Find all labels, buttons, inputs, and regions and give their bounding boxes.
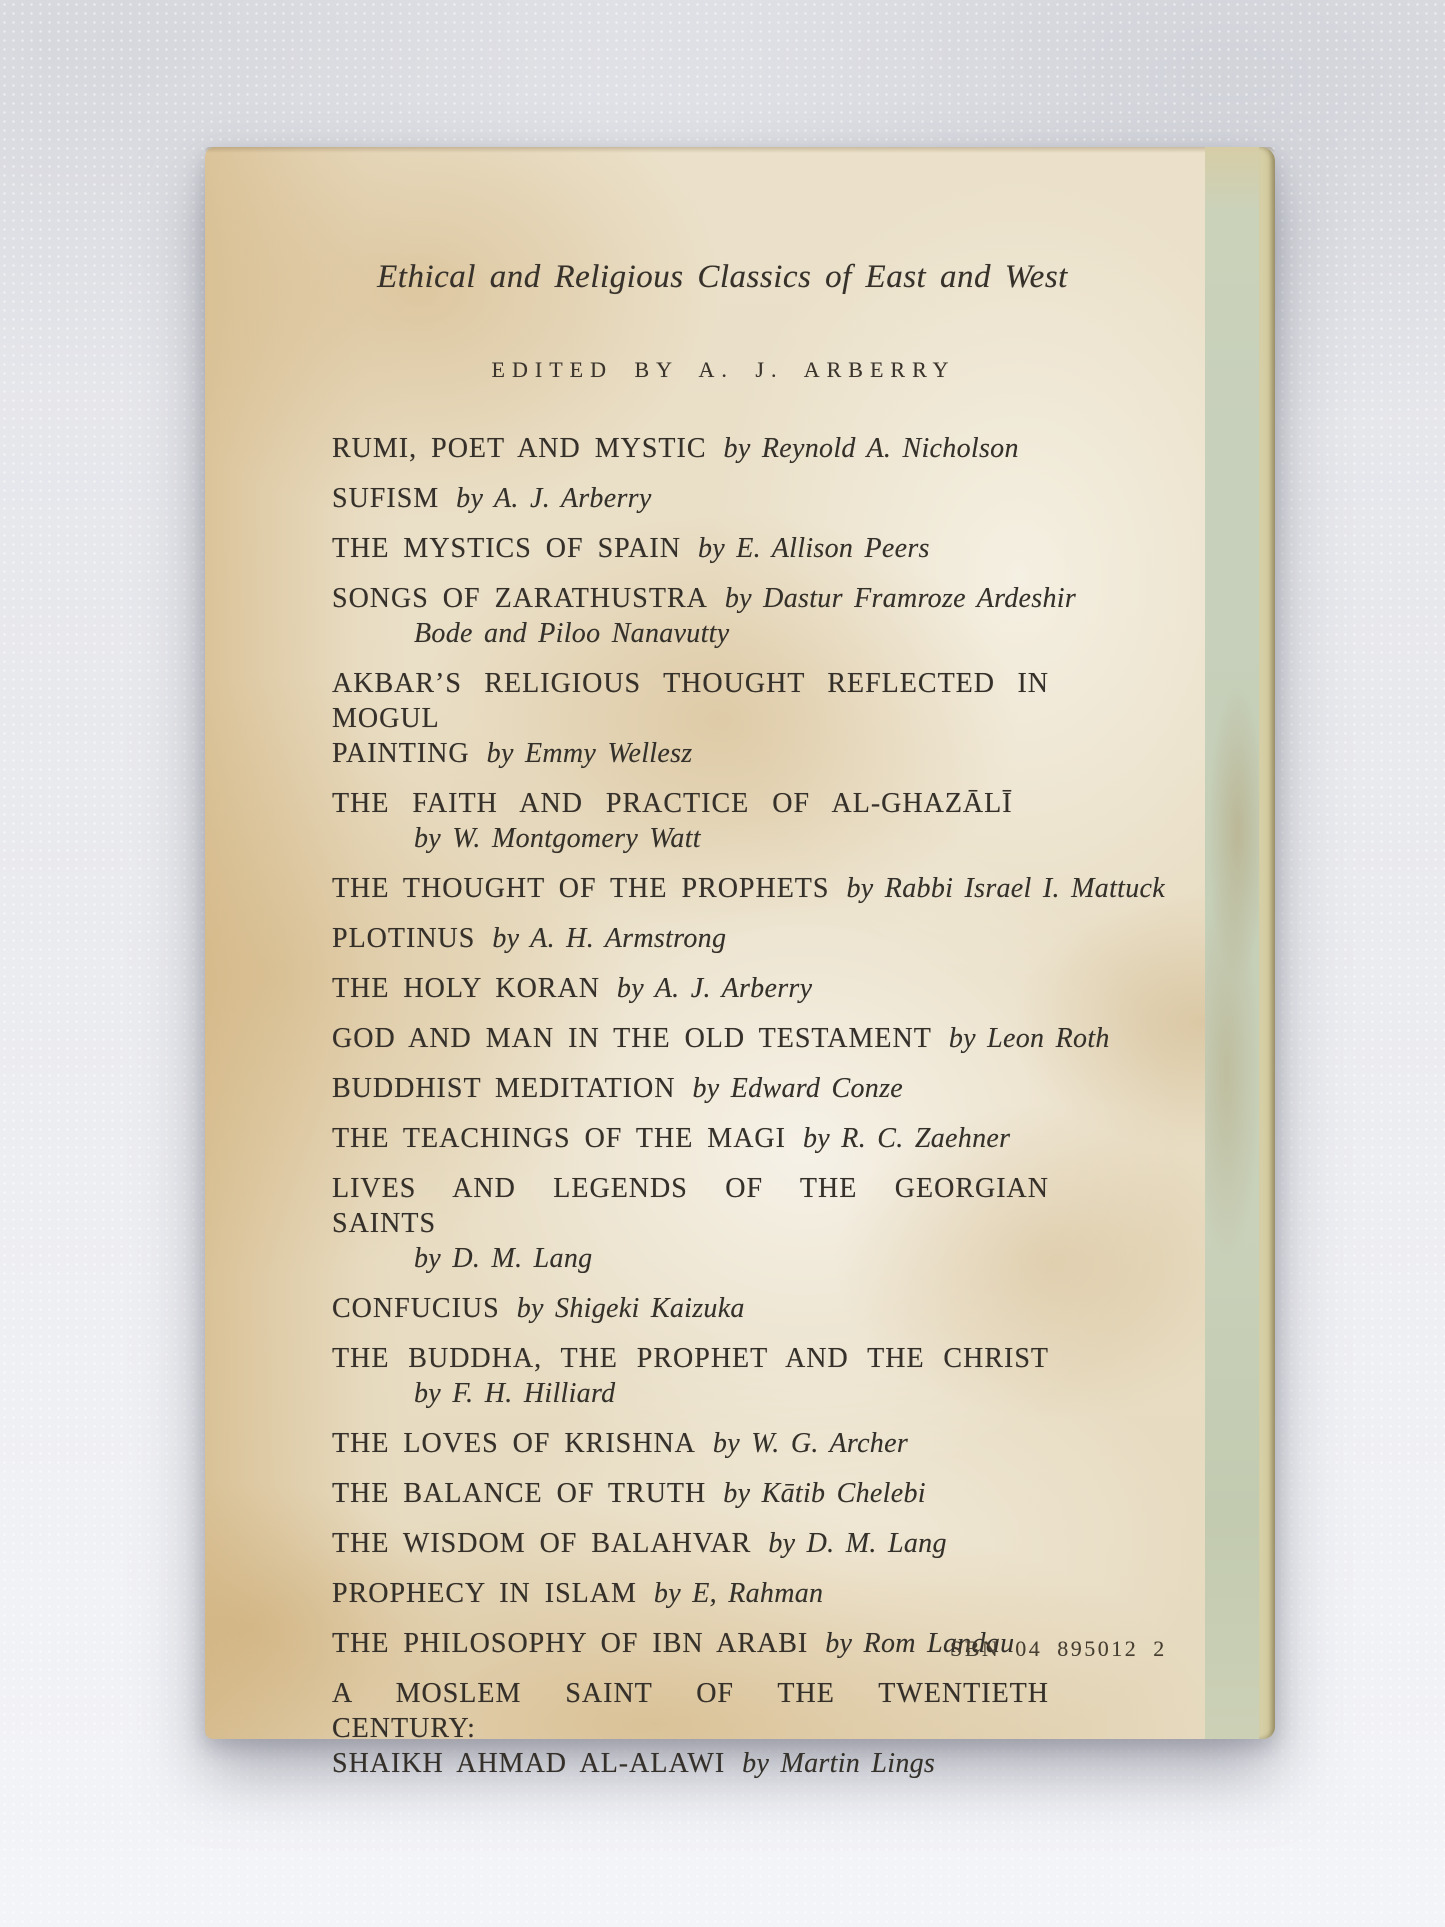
book-title-text: A MOSLEM SAINT OF THE TWENTIETH CENTURY: bbox=[332, 1678, 1049, 1744]
book-title-text: PLOTINUS bbox=[332, 923, 475, 954]
book-author-text: by Emmy Wellesz bbox=[487, 738, 693, 769]
book-line: Bode and Piloo Nanavutty bbox=[332, 618, 1049, 653]
book-entry: THE TEACHINGS OF THE MAGI by R. C. Zaehn… bbox=[332, 1123, 1049, 1158]
book-entry: THE BALANCE OF TRUTH by Kātib Chelebi bbox=[332, 1478, 1049, 1513]
book-author-text: by Reynold A. Nicholson bbox=[724, 433, 1019, 464]
spine-strip bbox=[1205, 147, 1259, 1739]
book-author-text: by A. J. Arberry bbox=[456, 483, 651, 514]
book-author-text: by W. Montgomery Watt bbox=[414, 823, 701, 854]
book-entry: THE PHILOSOPHY OF IBN ARABI by Rom Landa… bbox=[332, 1628, 1049, 1663]
book-entry: PLOTINUS by A. H. Armstrong bbox=[332, 923, 1049, 958]
book-line: AKBAR’S RELIGIOUS THOUGHT REFLECTED IN M… bbox=[332, 668, 1049, 738]
book-title-text: CONFUCIUS bbox=[332, 1293, 500, 1324]
book-line: A MOSLEM SAINT OF THE TWENTIETH CENTURY: bbox=[332, 1678, 1049, 1748]
book-author-text: by Edward Conze bbox=[692, 1073, 903, 1104]
book-entry: SONGS OF ZARATHUSTRA by Dastur Framroze … bbox=[332, 583, 1049, 653]
book-entry: SUFISM by A. J. Arberry bbox=[332, 483, 1049, 518]
book-line: THE MYSTICS OF SPAIN by E. Allison Peers bbox=[332, 533, 1049, 568]
book-entry: AKBAR’S RELIGIOUS THOUGHT REFLECTED IN M… bbox=[332, 668, 1049, 773]
book-title-text: THE WISDOM OF BALAHVAR bbox=[332, 1528, 751, 1559]
book-title-text: LIVES AND LEGENDS OF THE GEORGIAN SAINTS bbox=[332, 1173, 1049, 1239]
book-title-text: THE THOUGHT OF THE PROPHETS bbox=[332, 873, 829, 904]
book-author-text: by D. M. Lang bbox=[768, 1528, 946, 1559]
book-author-text: by Leon Roth bbox=[949, 1023, 1110, 1054]
book-title-text: THE HOLY KORAN bbox=[332, 973, 600, 1004]
book-author-text: by Martin Lings bbox=[742, 1748, 935, 1779]
book-author-text: by A. J. Arberry bbox=[617, 973, 812, 1004]
book-line: THE BALANCE OF TRUTH by Kātib Chelebi bbox=[332, 1478, 1049, 1513]
book-entry: BUDDHIST MEDITATION by Edward Conze bbox=[332, 1073, 1049, 1108]
book-line: THE FAITH AND PRACTICE OF AL-GHAZĀLĪ bbox=[332, 788, 1049, 823]
book-entry: THE HOLY KORAN by A. J. Arberry bbox=[332, 973, 1049, 1008]
book-title-text: PAINTING bbox=[332, 738, 470, 769]
book-author-text: Bode and Piloo Nanavutty bbox=[414, 618, 729, 649]
book-line: GOD AND MAN IN THE OLD TESTAMENT by Leon… bbox=[332, 1023, 1049, 1058]
book-title-text: AKBAR’S RELIGIOUS THOUGHT REFLECTED IN M… bbox=[332, 668, 1049, 734]
book-author-text: by Rabbi Israel I. Mattuck bbox=[846, 873, 1165, 904]
book-entry: THE MYSTICS OF SPAIN by E. Allison Peers bbox=[332, 533, 1049, 568]
book-entry: RUMI, POET AND MYSTIC by Reynold A. Nich… bbox=[332, 433, 1049, 468]
book-entry: THE WISDOM OF BALAHVAR by D. M. Lang bbox=[332, 1528, 1049, 1563]
book-line: THE HOLY KORAN by A. J. Arberry bbox=[332, 973, 1049, 1008]
series-title: Ethical and Religious Classics of East a… bbox=[364, 257, 1081, 297]
book-entry: A MOSLEM SAINT OF THE TWENTIETH CENTURY:… bbox=[332, 1678, 1049, 1783]
book-line: BUDDHIST MEDITATION by Edward Conze bbox=[332, 1073, 1049, 1108]
book-line: THE PHILOSOPHY OF IBN ARABI by Rom Landa… bbox=[332, 1628, 1049, 1663]
book-top-edge bbox=[205, 147, 1275, 153]
book-author-text: by Kātib Chelebi bbox=[723, 1478, 926, 1509]
book-line: THE TEACHINGS OF THE MAGI by R. C. Zaehn… bbox=[332, 1123, 1049, 1158]
book-entry: GOD AND MAN IN THE OLD TESTAMENT by Leon… bbox=[332, 1023, 1049, 1058]
book-title-text: RUMI, POET AND MYSTIC bbox=[332, 433, 707, 464]
book-author-text: by A. H. Armstrong bbox=[492, 923, 726, 954]
book-line: THE WISDOM OF BALAHVAR by D. M. Lang bbox=[332, 1528, 1049, 1563]
book-line: PROPHECY IN ISLAM by E, Rahman bbox=[332, 1578, 1049, 1613]
photo-background: Ethical and Religious Classics of East a… bbox=[0, 0, 1445, 1927]
book-line: SUFISM by A. J. Arberry bbox=[332, 483, 1049, 518]
book-title-text: BUDDHIST MEDITATION bbox=[332, 1073, 675, 1104]
book-entry: PROPHECY IN ISLAM by E, Rahman bbox=[332, 1578, 1049, 1613]
book-back-cover: Ethical and Religious Classics of East a… bbox=[205, 147, 1275, 1739]
book-fore-edge bbox=[1259, 147, 1275, 1739]
edited-by-line: EDITED BY A. J. ARBERRY bbox=[365, 357, 1082, 383]
book-entry: CONFUCIUS by Shigeki Kaizuka bbox=[332, 1293, 1049, 1328]
book-entry: THE FAITH AND PRACTICE OF AL-GHAZĀLĪby W… bbox=[332, 788, 1049, 858]
book-title-text: THE MYSTICS OF SPAIN bbox=[332, 533, 681, 564]
book-title-text: THE LOVES OF KRISHNA bbox=[332, 1428, 696, 1459]
book-line: by F. H. Hilliard bbox=[332, 1378, 1049, 1413]
book-author-text: by Dastur Framroze Ardeshir bbox=[725, 583, 1076, 614]
book-title-text: SONGS OF ZARATHUSTRA bbox=[332, 583, 708, 614]
book-title-text: SUFISM bbox=[332, 483, 439, 514]
book-title-text: THE BUDDHA, THE PROPHET AND THE CHRIST bbox=[332, 1343, 1049, 1374]
book-line: THE LOVES OF KRISHNA by W. G. Archer bbox=[332, 1428, 1049, 1463]
book-author-text: by D. M. Lang bbox=[414, 1243, 592, 1274]
book-title-text: THE TEACHINGS OF THE MAGI bbox=[332, 1123, 786, 1154]
book-line: LIVES AND LEGENDS OF THE GEORGIAN SAINTS bbox=[332, 1173, 1049, 1243]
book-title-text: SHAIKH AHMAD AL-ALAWI bbox=[332, 1748, 725, 1779]
book-author-text: by R. C. Zaehner bbox=[803, 1123, 1010, 1154]
book-line: SONGS OF ZARATHUSTRA by Dastur Framroze … bbox=[332, 583, 1049, 618]
book-line: SHAIKH AHMAD AL-ALAWI by Martin Lings bbox=[332, 1748, 1049, 1783]
book-title-text: GOD AND MAN IN THE OLD TESTAMENT bbox=[332, 1023, 932, 1054]
book-line: PLOTINUS by A. H. Armstrong bbox=[332, 923, 1049, 958]
book-line: THE BUDDHA, THE PROPHET AND THE CHRIST bbox=[332, 1343, 1049, 1378]
sbn-code: SBN 04 895012 2 bbox=[950, 1636, 1167, 1662]
book-line: PAINTING by Emmy Wellesz bbox=[332, 738, 1049, 773]
book-author-text: by E, Rahman bbox=[654, 1578, 823, 1609]
book-title-text: THE BALANCE OF TRUTH bbox=[332, 1478, 706, 1509]
book-title-text: THE FAITH AND PRACTICE OF AL-GHAZĀLĪ bbox=[332, 788, 1013, 819]
book-line: CONFUCIUS by Shigeki Kaizuka bbox=[332, 1293, 1049, 1328]
book-title-text: THE PHILOSOPHY OF IBN ARABI bbox=[332, 1628, 808, 1659]
book-author-text: by E. Allison Peers bbox=[698, 533, 930, 564]
book-entry: THE THOUGHT OF THE PROPHETS by Rabbi Isr… bbox=[332, 873, 1049, 908]
book-list: RUMI, POET AND MYSTIC by Reynold A. Nich… bbox=[332, 433, 1049, 1798]
book-entry: THE LOVES OF KRISHNA by W. G. Archer bbox=[332, 1428, 1049, 1463]
book-author-text: by Shigeki Kaizuka bbox=[517, 1293, 745, 1324]
book-entry: LIVES AND LEGENDS OF THE GEORGIAN SAINTS… bbox=[332, 1173, 1049, 1278]
book-line: by D. M. Lang bbox=[332, 1243, 1049, 1278]
book-title-text: PROPHECY IN ISLAM bbox=[332, 1578, 637, 1609]
book-entry: THE BUDDHA, THE PROPHET AND THE CHRISTby… bbox=[332, 1343, 1049, 1413]
book-line: by W. Montgomery Watt bbox=[332, 823, 1049, 858]
book-author-text: by W. G. Archer bbox=[713, 1428, 908, 1459]
book-author-text: by F. H. Hilliard bbox=[414, 1378, 615, 1409]
book-line: RUMI, POET AND MYSTIC by Reynold A. Nich… bbox=[332, 433, 1049, 468]
book-line: THE THOUGHT OF THE PROPHETS by Rabbi Isr… bbox=[332, 873, 1049, 908]
